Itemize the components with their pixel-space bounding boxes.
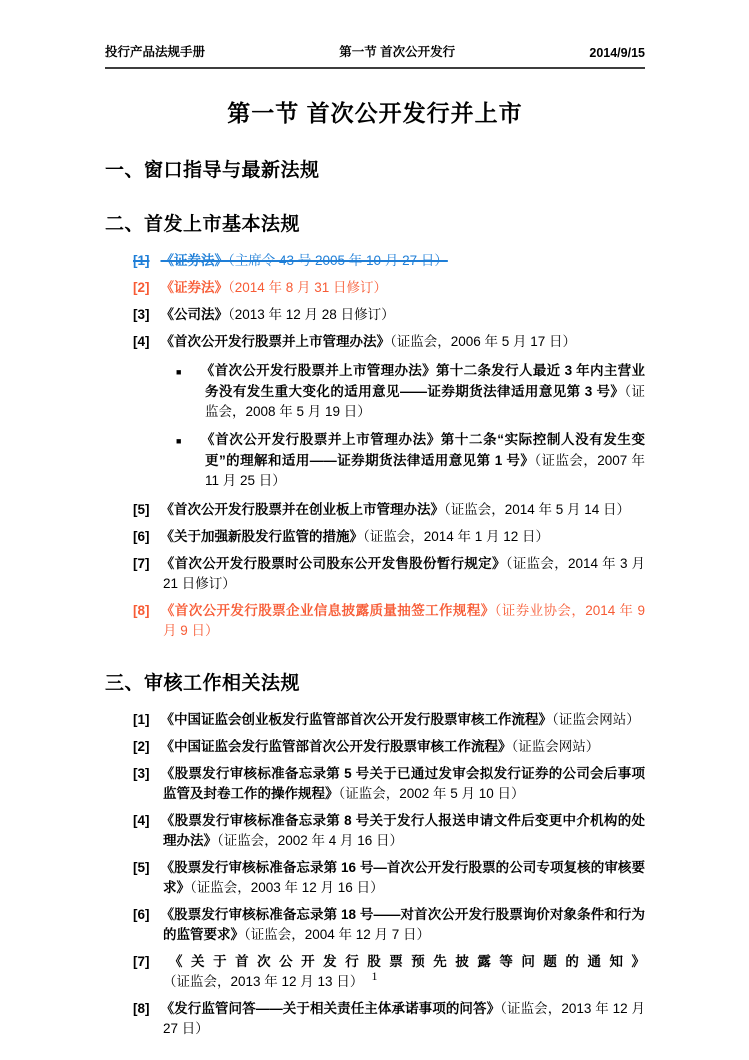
item-citation: （证监会，2002 年 5 月 10 日）	[339, 786, 525, 801]
document-page: 投行产品法规手册 第一节 首次公开发行 2014/9/15 第一节 首次公开发行…	[0, 0, 749, 1060]
item-citation: （证监会，2003 年 12 月 16 日）	[190, 880, 384, 895]
list-item: [1]《证券法》（主席令 43 号 2005 年 10 月 27 日）	[133, 251, 645, 271]
item-citation: （证监会，2006 年 5 月 17 日）	[390, 334, 576, 349]
list-item: [5]《股票发行审核标准备忘录第 16 号—首次公开发行股票的公司专项复核的审核…	[133, 858, 645, 898]
square-bullet-icon: ■	[176, 436, 201, 446]
section-heading: 三、审核工作相关法规	[105, 668, 645, 695]
item-title: 《公司法》	[161, 307, 229, 322]
item-title: 《中国证监会创业板发行监管部首次公开发行股票审核工作流程》	[161, 712, 553, 727]
item-citation: （2013 年 12 月 28 日修订）	[228, 307, 395, 322]
item-number: [6]	[133, 529, 161, 544]
list-item: [4]《股票发行审核标准备忘录第 8 号关于发行人报送申请文件后变更中介机构的处…	[133, 811, 645, 851]
item-title: 《证券法》	[161, 280, 229, 295]
item-number: [5]	[133, 860, 161, 875]
list-item: [5]《首次公开发行股票并在创业板上市管理办法》（证监会，2014 年 5 月 …	[133, 500, 645, 520]
item-citation: （证监会网站）	[552, 712, 640, 727]
section-heading: 一、窗口指导与最新法规	[105, 155, 645, 182]
page-number: 1	[0, 969, 749, 984]
item-title: 《首次公开发行股票时公司股东公开发售股份暂行规定》	[161, 556, 506, 571]
list-item: [8]《发行监管问答——关于相关责任主体承诺事项的问答》（证监会，2013 年 …	[133, 999, 645, 1039]
reference-list: [1]《证券法》（主席令 43 号 2005 年 10 月 27 日）[2]《证…	[133, 251, 645, 641]
item-number: [8]	[133, 603, 161, 618]
item-citation: （证监会，2014 年 1 月 12 日）	[363, 529, 549, 544]
item-number: [2]	[133, 280, 161, 295]
sub-reference-list: ■《首次公开发行股票并上市管理办法》第十二条发行人最近 3 年内主营业务没有发生…	[133, 361, 645, 491]
list-item: [6]《股票发行审核标准备忘录第 18 号——对首次公开发行股票询价对象条件和行…	[133, 905, 645, 945]
list-item: [1]《中国证监会创业板发行监管部首次公开发行股票审核工作流程》（证监会网站）	[133, 710, 645, 730]
list-item: [8]《首次公开发行股票企业信息披露质量抽签工作规程》（证券业协会，2014 年…	[133, 601, 645, 641]
header-date: 2014/9/15	[589, 46, 645, 60]
section-heading: 二、首发上市基本法规	[105, 209, 645, 236]
page-content: 投行产品法规手册 第一节 首次公开发行 2014/9/15 第一节 首次公开发行…	[0, 0, 749, 1039]
item-citation: （证监会，2004 年 12 月 7 日）	[244, 927, 430, 942]
item-title: 《发行监管问答——关于相关责任主体承诺事项的问答》	[161, 1001, 501, 1016]
item-number: [4]	[133, 813, 161, 828]
list-item: [7]《首次公开发行股票时公司股东公开发售股份暂行规定》（证监会，2014 年 …	[133, 554, 645, 594]
sub-item-title: 《首次公开发行股票并上市管理办法》第十二条发行人最近 3 年内主营业务没有发生重…	[201, 363, 645, 399]
item-title: 《首次公开发行股票并在创业板上市管理办法》	[161, 502, 445, 517]
item-citation: （证监会，2014 年 5 月 14 日）	[444, 502, 630, 517]
item-citation: （2014 年 8 月 31 日修订）	[228, 280, 387, 295]
item-title: 《关于加强新股发行监管的措施》	[161, 529, 364, 544]
item-title: 《证券法》	[161, 253, 229, 268]
item-citation: （证监会网站）	[512, 739, 600, 754]
square-bullet-icon: ■	[176, 367, 201, 377]
item-number: [2]	[133, 739, 161, 754]
header-document-title: 投行产品法规手册	[105, 42, 205, 60]
item-number: [5]	[133, 502, 161, 517]
item-number: [4]	[133, 334, 161, 349]
page-title: 第一节 首次公开发行并上市	[105, 95, 645, 128]
header-section-title: 第一节 首次公开发行	[339, 42, 455, 60]
item-title: 《关于首次公开发行股票预先披露等问题的通知》	[161, 954, 646, 969]
list-item: [4]《首次公开发行股票并上市管理办法》（证监会，2006 年 5 月 17 日…	[133, 332, 645, 352]
list-item: [3]《股票发行审核标准备忘录第 5 号关于已通过发审会拟发行证券的公司会后事项…	[133, 764, 645, 804]
item-number: [8]	[133, 1001, 161, 1016]
sections-container: 一、窗口指导与最新法规二、首发上市基本法规[1]《证券法》（主席令 43 号 2…	[105, 155, 645, 1039]
item-title: 《中国证监会发行监管部首次公开发行股票审核工作流程》	[161, 739, 512, 754]
item-title: 《首次公开发行股票企业信息披露质量抽签工作规程》	[161, 603, 495, 618]
item-number: [3]	[133, 766, 161, 781]
item-title: 《首次公开发行股票并上市管理办法》	[161, 334, 391, 349]
page-header: 投行产品法规手册 第一节 首次公开发行 2014/9/15	[105, 42, 645, 69]
item-citation: （主席令 43 号 2005 年 10 月 27 日）	[228, 253, 448, 268]
item-citation: （证监会，2002 年 4 月 16 日）	[217, 833, 403, 848]
item-number: [1]	[133, 253, 161, 268]
sub-list-item: ■《首次公开发行股票并上市管理办法》第十二条“实际控制人没有发生变更”的理解和适…	[133, 430, 645, 491]
item-number: [1]	[133, 712, 161, 727]
list-item: [2]《证券法》（2014 年 8 月 31 日修订）	[133, 278, 645, 298]
item-number: [7]	[133, 556, 161, 571]
list-item: [6]《关于加强新股发行监管的措施》（证监会，2014 年 1 月 12 日）	[133, 527, 645, 547]
list-item: [3]《公司法》（2013 年 12 月 28 日修订）	[133, 305, 645, 325]
reference-list: [1]《中国证监会创业板发行监管部首次公开发行股票审核工作流程》（证监会网站）[…	[133, 710, 645, 1039]
list-item: [2]《中国证监会发行监管部首次公开发行股票审核工作流程》（证监会网站）	[133, 737, 645, 757]
item-number: [3]	[133, 307, 161, 322]
sub-list-item: ■《首次公开发行股票并上市管理办法》第十二条发行人最近 3 年内主营业务没有发生…	[133, 361, 645, 422]
item-number: [6]	[133, 907, 161, 922]
item-number: [7]	[133, 954, 161, 969]
